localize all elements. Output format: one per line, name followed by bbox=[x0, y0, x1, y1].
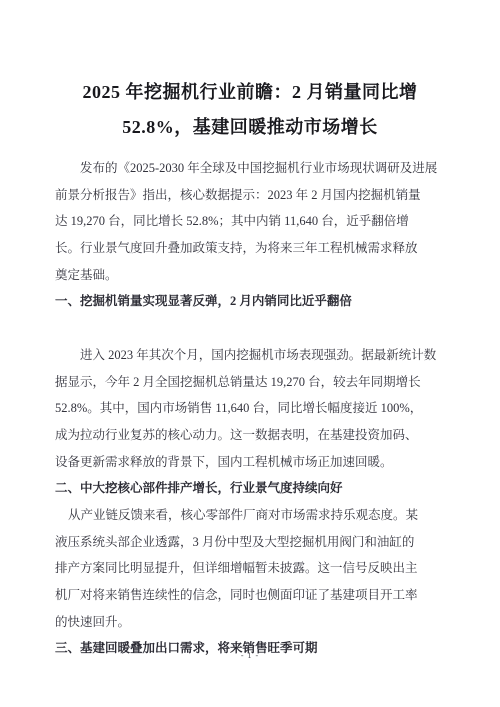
paragraph-line: 成为拉动行业复苏的核心动力。这一数据表明，在基建投资加码、 bbox=[55, 422, 435, 449]
paragraph-line: 前景分析报告》指出，核心数据提示：2023 年 2 月国内挖掘机销量 bbox=[55, 182, 435, 209]
document-title: 2025 年挖掘机行业前瞻：2 月销量同比增 52.8%，基建回暖推动市场增长 bbox=[0, 75, 500, 145]
section-heading: 二、中大挖核心部件排产增长，行业景气度持续向好 bbox=[55, 475, 435, 502]
title-line: 52.8%，基建回暖推动市场增长 bbox=[0, 110, 500, 145]
paragraph-line: 从产业链反馈来看，核心零部件厂商对市场需求持乐观态度。某 bbox=[55, 502, 435, 529]
paragraph-line: 据显示，今年 2 月全国挖掘机总销量达 19,270 台，较去年同期增长 bbox=[55, 369, 435, 396]
paragraph: 进入 2023 年其次个月，国内挖掘机市场表现强劲。据最新统计数 据显示，今年 … bbox=[55, 342, 435, 475]
title-line: 2025 年挖掘机行业前瞻：2 月销量同比增 bbox=[0, 75, 500, 110]
paragraph-line: 发布的《2025-2030 年全球及中国挖掘机行业市场现状调研及进展 bbox=[55, 155, 435, 182]
paragraph: 从产业链反馈来看，核心零部件厂商对市场需求持乐观态度。某 液压系统头部企业透露，… bbox=[55, 502, 435, 635]
paragraph-line: 长。行业景气度回升叠加政策支持，为将来三年工程机械需求释放 bbox=[55, 235, 435, 262]
paragraph-line: 机厂对将来销售连续性的信念，同时也侧面印证了基建项目开工率 bbox=[55, 582, 435, 609]
paragraph-line: 进入 2023 年其次个月，国内挖掘机市场表现强劲。据最新统计数 bbox=[55, 342, 435, 369]
paragraph-line: 达 19,270 台，同比增长 52.8%；其中内销 11,640 台，近乎翻倍… bbox=[55, 208, 435, 235]
paragraph-line: 奠定基础。 bbox=[55, 262, 435, 289]
paragraph: 发布的《2025-2030 年全球及中国挖掘机行业市场现状调研及进展 前景分析报… bbox=[55, 155, 435, 288]
paragraph-line: 液压系统头部企业透露，3 月份中型及大型挖掘机用阀门和油缸的 bbox=[55, 529, 435, 556]
paragraph-line: 排产方案同比明显提升，但详细增幅暂未披露。这一信号反映出主 bbox=[55, 555, 435, 582]
paragraph-line: 的快速回升。 bbox=[55, 609, 435, 636]
document-body: 发布的《2025-2030 年全球及中国挖掘机行业市场现状调研及进展 前景分析报… bbox=[55, 155, 435, 662]
paragraph-line: 52.8%。其中，国内市场销售 11,640 台，同比增长幅度接近 100%， bbox=[55, 395, 435, 422]
paragraph-line: 设备更新需求释放的背景下，国内工程机械市场正加速回暖。 bbox=[55, 449, 435, 476]
section-heading: 一、挖掘机销量实现显著反弹，2 月内销同比近乎翻倍 bbox=[55, 288, 435, 315]
document-page: 2025 年挖掘机行业前瞻：2 月销量同比增 52.8%，基建回暖推动市场增长 … bbox=[0, 0, 500, 707]
blank-line bbox=[55, 315, 435, 342]
page-number: - 1 - bbox=[0, 651, 500, 660]
